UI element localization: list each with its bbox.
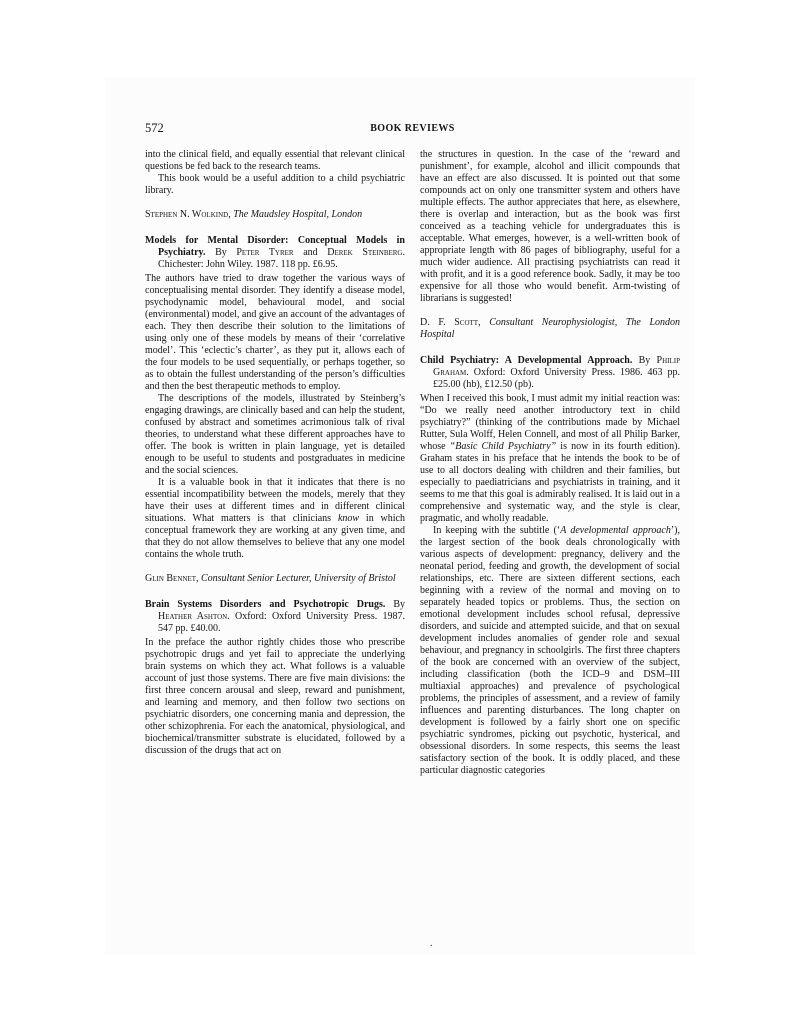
review-heading: Child Psychiatry: A Developmental Approa… xyxy=(420,355,680,391)
review-heading: Models for Mental Disorder: Conceptual M… xyxy=(145,235,405,271)
review-paragraph: The authors have tried to draw together … xyxy=(145,273,405,393)
reviewer-byline: Glin Bennet, Consultant Senior Lecturer,… xyxy=(145,573,405,585)
review-paragraph: This book would be a useful addition to … xyxy=(145,173,405,197)
review-paragraph: into the clinical field, and equally ess… xyxy=(145,149,405,173)
running-head: BOOK REVIEWS xyxy=(145,122,680,135)
review-paragraph: In keeping with the subtitle (‘A develop… xyxy=(420,525,680,777)
text-columns: into the clinical field, and equally ess… xyxy=(145,149,680,777)
review-paragraph: When I received this book, I must admit … xyxy=(420,393,680,525)
review-paragraph: the structures in question. In the case … xyxy=(420,149,680,305)
right-column: the structures in question. In the case … xyxy=(420,149,680,777)
review-paragraph: The descriptions of the models, illustra… xyxy=(145,393,405,477)
review-paragraph: In the preface the author rightly chides… xyxy=(145,637,405,757)
left-column: into the clinical field, and equally ess… xyxy=(145,149,405,777)
review-heading: Brain Systems Disorders and Psychotropic… xyxy=(145,599,405,635)
reviewer-byline: Stephen N. Wolkind, The Maudsley Hospita… xyxy=(145,209,405,221)
footer-mark: . xyxy=(430,938,433,949)
page-number: 572 xyxy=(145,122,164,135)
page-header: 572 BOOK REVIEWS xyxy=(145,122,680,135)
review-paragraph: It is a valuable book in that it indicat… xyxy=(145,477,405,561)
scanned-page: 572 BOOK REVIEWS into the clinical field… xyxy=(105,77,695,955)
reviewer-byline: D. F. Scott, Consultant Neurophysiologis… xyxy=(420,317,680,341)
